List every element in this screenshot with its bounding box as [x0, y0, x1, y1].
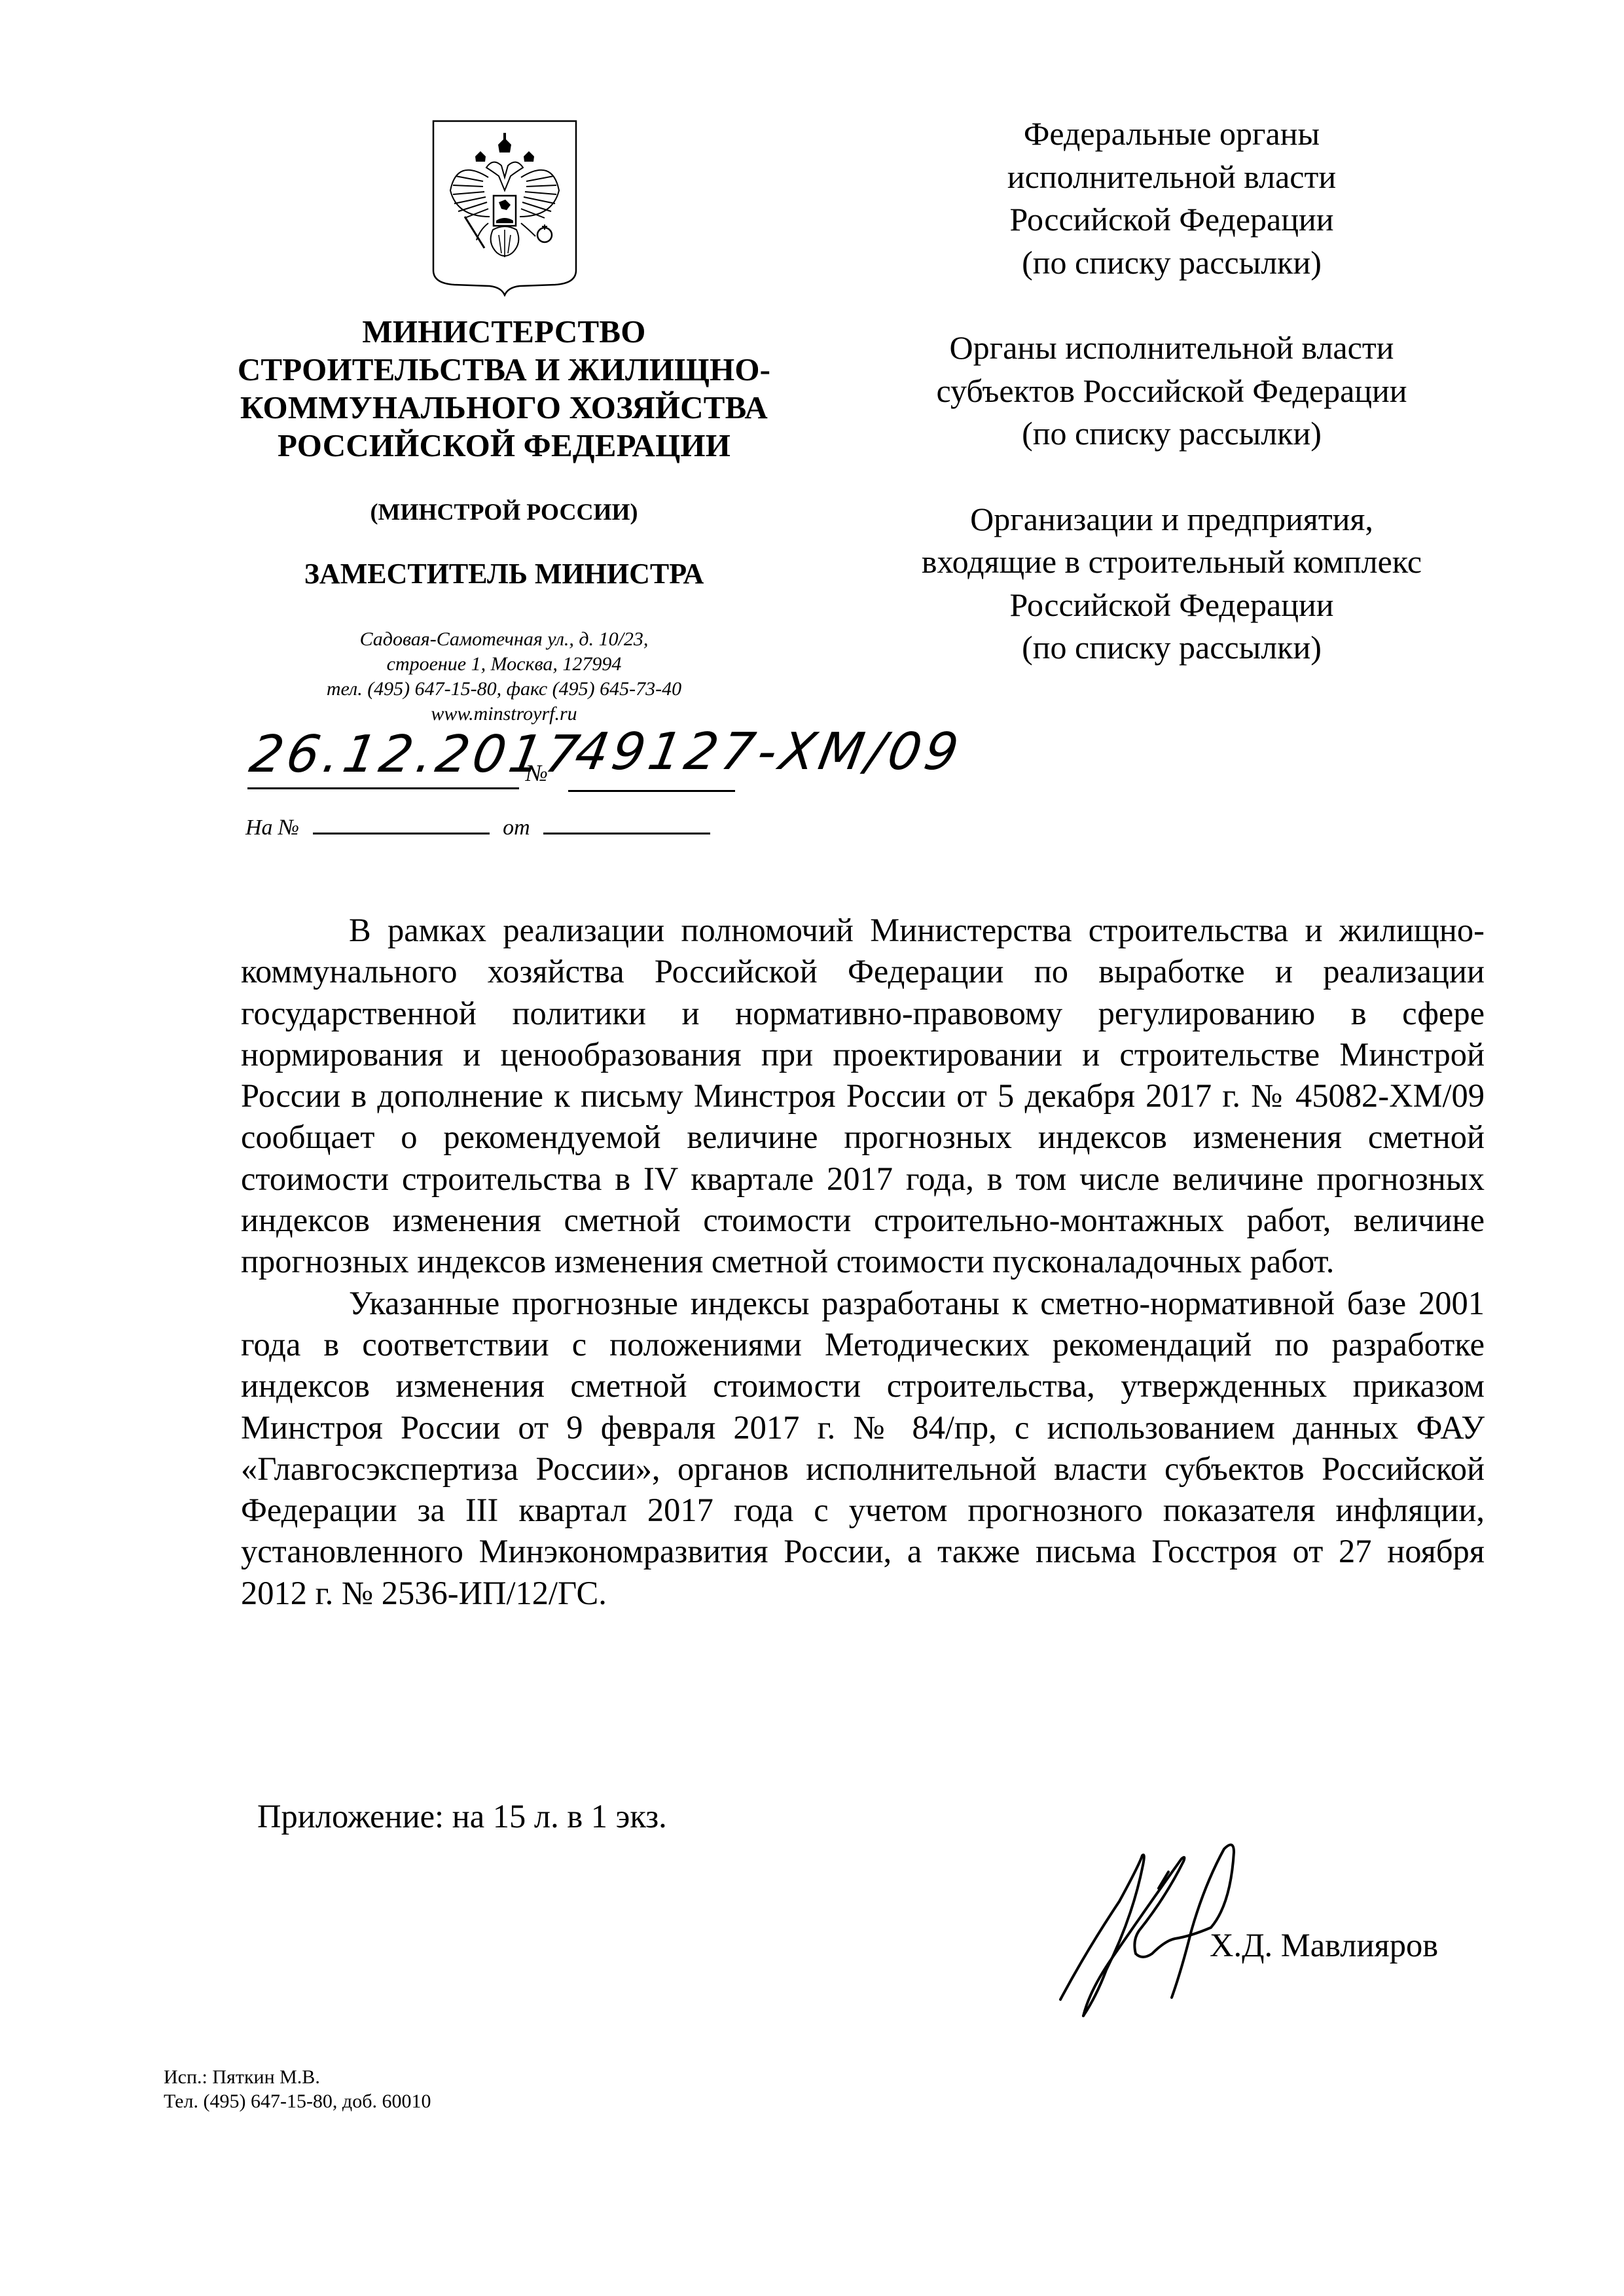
letter-body: В рамках реализации полномочий Министерс… [241, 910, 1485, 1614]
recipient-line: Федеральные органы [844, 113, 1499, 156]
number-underline [568, 790, 735, 792]
registration-date: 26.12.2017 [251, 725, 519, 784]
recipient-organizations: Организации и предприятия, входящие в ст… [844, 498, 1499, 670]
recipient-line: (по списку рассылки) [844, 626, 1499, 670]
executor-name: Исп.: Пяткин М.В. [164, 2065, 431, 2089]
signer-name: Х.Д. Мавлияров [1210, 1926, 1438, 1965]
ministry-short-name: (МИНСТРОЙ РОССИИ) [196, 497, 812, 526]
reply-date-blank [543, 832, 710, 834]
registration-number: 49127-ХМ/09 [576, 723, 962, 781]
recipient-line: Органы исполнительной власти [844, 327, 1499, 370]
handwritten-number: 49127-ХМ/09 [571, 723, 966, 781]
executor-phone: Тел. (495) 647-15-80, доб. 60010 [164, 2089, 431, 2113]
recipient-line: (по списку рассылки) [844, 412, 1499, 456]
reply-date-label: от [503, 816, 530, 840]
ministry-name: МИНИСТЕРСТВО СТРОИТЕЛЬСТВА И ЖИЛИЩНО- КО… [196, 313, 812, 465]
recipient-line: субъектов Российской Федерации [844, 370, 1499, 413]
executor-info: Исп.: Пяткин М.В. Тел. (495) 647-15-80, … [164, 2065, 431, 2113]
handwritten-signature-icon [1034, 1826, 1309, 2022]
recipient-line: Российской Федерации [844, 584, 1499, 627]
body-paragraph: Указанные прогнозные индексы разработаны… [241, 1283, 1485, 1614]
number-sign: № [526, 759, 548, 787]
recipient-line: Организации и предприятия, [844, 498, 1499, 541]
contact-phones: тел. (495) 647-15-80, факс (495) 645-73-… [196, 677, 812, 702]
recipient-line: входящие в строительный комплекс [844, 541, 1499, 584]
date-underline [247, 787, 519, 789]
reply-number-label: На № [245, 816, 299, 840]
recipient-line: (по списку рассылки) [844, 242, 1499, 285]
reply-number-blank [313, 832, 490, 834]
body-paragraph: В рамках реализации полномочий Министерс… [241, 910, 1485, 1283]
signatory-position: ЗАМЕСТИТЕЛЬ МИНИСТРА [196, 556, 812, 592]
ministry-name-line: МИНИСТЕРСТВО [196, 313, 812, 351]
reply-reference: На № от [245, 815, 710, 841]
ministry-name-line: РОССИЙСКОЙ ФЕДЕРАЦИИ [196, 427, 812, 465]
recipients-block: Федеральные органы исполнительной власти… [844, 113, 1499, 712]
address-line: Садовая-Самотечная ул., д. 10/23, [196, 627, 812, 652]
ministry-name-line: КОММУНАЛЬНОГО ХОЗЯЙСТВА [196, 389, 812, 427]
coat-of-arms-icon [431, 118, 579, 296]
recipient-line: исполнительной власти [844, 156, 1499, 199]
ministry-address: Садовая-Самотечная ул., д. 10/23, строен… [196, 627, 812, 726]
recipient-regional-bodies: Органы исполнительной власти субъектов Р… [844, 327, 1499, 456]
recipient-line: Российской Федерации [844, 198, 1499, 242]
attachment-note: Приложение: на 15 л. в 1 экз. [257, 1797, 667, 1836]
recipient-federal-bodies: Федеральные органы исполнительной власти… [844, 113, 1499, 284]
address-line: строение 1, Москва, 127994 [196, 652, 812, 677]
ministry-name-line: СТРОИТЕЛЬСТВА И ЖИЛИЩНО- [196, 351, 812, 389]
